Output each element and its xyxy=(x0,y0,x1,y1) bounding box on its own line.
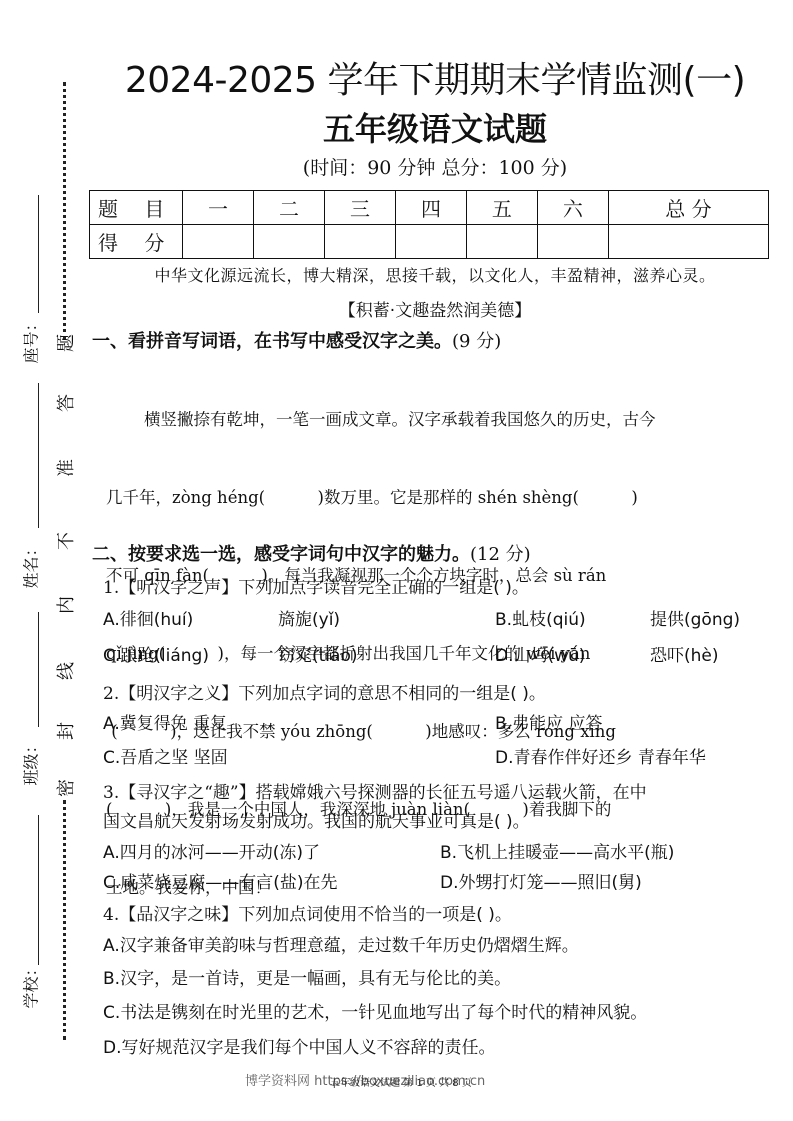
name-underline xyxy=(38,383,39,528)
q2-points: (12 分) xyxy=(470,544,531,565)
score-input-cell[interactable] xyxy=(324,225,395,259)
seal-char: 答 xyxy=(52,393,78,413)
q2-4-option-d[interactable]: D.写好规范汉字是我们每个中国人义不容辞的责任。 xyxy=(103,1033,496,1058)
q2-1-tag: 1.【听汉字之声】 xyxy=(103,578,238,598)
q2-3-option-c[interactable]: C.咸菜烧豆腐——有言(盐)在先 xyxy=(103,868,338,893)
q2-4-stem: 4.【品汉字之味】下列加点词使用不恰当的一项是( )。 xyxy=(103,900,512,925)
score-cell: 六 xyxy=(537,191,608,225)
q2-3-stem: 3.【寻汉字之“趣”】搭载嫦娥六号探测器的长征五号遥八运载火箭，在中 xyxy=(103,778,647,803)
option-label: C.踉跄(liáng) xyxy=(103,646,209,666)
exam-subtitle: 五年级语文试题 xyxy=(95,104,775,150)
score-input-cell[interactable] xyxy=(608,225,768,259)
q2-4-tag: 4.【品汉字之味】 xyxy=(103,905,238,925)
option-label: D.外甥打灯笼——照旧(舅) xyxy=(440,873,642,893)
q2-2-option-c[interactable]: C.吾盾之坚 坚固 xyxy=(103,743,228,768)
q2-1-option-d[interactable]: D.山坞(wū) xyxy=(495,641,585,666)
q2-1-option-c-pair: 窈窕(tiǎo) xyxy=(278,641,357,666)
score-cell: 四 xyxy=(395,191,466,225)
option-label: D.山坞(wū) xyxy=(495,646,585,666)
seat-underline xyxy=(38,195,39,313)
q2-heading: 二、按要求选一选，感受字词句中汉字的魅力。(12 分) xyxy=(92,540,531,566)
q2-3-option-b[interactable]: B.飞机上挂暖壶——高水平(瓶) xyxy=(440,838,674,863)
q2-1-option-b[interactable]: B.虬枝(qiú) xyxy=(495,605,586,630)
seal-char: 准 xyxy=(52,458,78,478)
q2-2-stem-text: 下列加点字词的意思不相同的一组是( )。 xyxy=(238,684,546,704)
q2-2-option-d[interactable]: D.青春作伴好还乡 青春年华 xyxy=(495,743,706,768)
name-label: 姓名： xyxy=(19,565,42,589)
option-label: B.弗能应 应答 xyxy=(495,714,602,734)
score-cell: 题 目 xyxy=(90,191,183,225)
q2-3-stem-cont: 国文昌航天发射场发射成功。我国的航天事业可真是( )。 xyxy=(103,807,530,832)
page-number: 五年级语文试题 第 1 页 共 8 页 xyxy=(330,1074,472,1089)
q1-line: 横竖撇捺有乾坤，一笔一画成文章。汉字承载着我国悠久的历史，古今 xyxy=(106,407,766,433)
q2-3-option-a[interactable]: A.四月的冰河——开动(冻)了 xyxy=(103,838,320,863)
option-label: B.飞机上挂暖壶——高水平(瓶) xyxy=(440,843,674,863)
seal-char: 封 xyxy=(52,721,78,741)
q2-2-option-b[interactable]: B.弗能应 应答 xyxy=(495,709,602,734)
option-label: C.咸菜烧豆腐——有言(盐)在先 xyxy=(103,873,338,893)
q2-heading-text: 二、按要求选一选，感受字词句中汉字的魅力。 xyxy=(92,544,470,565)
q2-3-stem-text: 搭载嫦娥六号探测器的长征五号遥八运载火箭，在中 xyxy=(256,783,647,803)
score-input-cell[interactable] xyxy=(183,225,254,259)
q2-1-stem-text: 下列加点字读音完全正确的一组是( )。 xyxy=(238,578,529,598)
score-cell: 五 xyxy=(466,191,537,225)
q2-4-option-a[interactable]: A.汉字兼备审美韵味与哲理意蕴，走过数千年历史仍熠熠生辉。 xyxy=(103,931,579,956)
seal-dotted-line-top xyxy=(63,82,66,340)
seal-char: 不 xyxy=(52,531,78,551)
class-label: 班级： xyxy=(19,762,42,786)
option-pair: 提供(gōng) xyxy=(650,610,740,630)
seal-dotted-line-bottom xyxy=(63,800,66,1040)
seal-char: 题 xyxy=(52,333,78,353)
option-label: C.书法是镌刻在时光里的艺术，一针见血地写出了每个时代的精神风貌。 xyxy=(103,1003,647,1023)
q2-3-tag: 3.【寻汉字之“趣”】 xyxy=(103,783,256,803)
q2-1-stem: 1.【听汉字之声】下列加点字读音完全正确的一组是( )。 xyxy=(103,573,529,598)
option-pair: 旖旎(yǐ) xyxy=(278,610,340,630)
score-table: 题 目 一 二 三 四 五 六 总 分 得 分 xyxy=(89,190,769,259)
q2-2-stem: 2.【明汉字之义】下列加点字词的意思不相同的一组是( )。 xyxy=(103,679,546,704)
school-underline xyxy=(38,815,39,965)
score-cell: 二 xyxy=(253,191,324,225)
score-table-score-row: 得 分 xyxy=(90,225,769,259)
option-pair: 窈窕(tiǎo) xyxy=(278,646,357,666)
motto: 中华文化源远流长，博大精深，思接千载，以文化人，丰盈精神，滋养心灵。 xyxy=(95,263,775,286)
score-input-cell[interactable] xyxy=(395,225,466,259)
q2-2-option-a[interactable]: A.冀复得兔 重复 xyxy=(103,709,227,734)
score-cell: 得 分 xyxy=(90,225,183,259)
option-label: A.冀复得兔 重复 xyxy=(103,714,227,734)
option-label: A.徘徊(huí) xyxy=(103,610,193,630)
q1-heading-text: 一、看拼音写词语，在书写中感受汉字之美。 xyxy=(92,331,452,352)
score-input-cell[interactable] xyxy=(537,225,608,259)
q1-points: (9 分) xyxy=(452,331,501,352)
q1-line: 几千年，zòng héng( )数万里。它是那样的 shén shèng( ) xyxy=(106,485,766,511)
score-cell: 一 xyxy=(183,191,254,225)
seat-number-label: 座号： xyxy=(19,340,42,364)
option-label: B.虬枝(qiú) xyxy=(495,610,586,630)
option-label: A.四月的冰河——开动(冻)了 xyxy=(103,843,320,863)
q1-heading: 一、看拼音写词语，在书写中感受汉字之美。(9 分) xyxy=(92,327,501,353)
option-pair: 恐吓(hè) xyxy=(650,646,719,666)
option-label: B.汉字，是一首诗，更是一幅画，具有无与伦比的美。 xyxy=(103,969,511,989)
seal-char: 密 xyxy=(52,778,78,798)
q2-1-option-a[interactable]: A.徘徊(huí) xyxy=(103,605,193,630)
seal-char: 内 xyxy=(52,595,78,615)
q2-1-option-d-pair: 恐吓(hè) xyxy=(650,641,719,666)
section-banner: 【积蓄·文趣盎然润美德】 xyxy=(95,296,775,321)
q2-4-option-b[interactable]: B.汉字，是一首诗，更是一幅画，具有无与伦比的美。 xyxy=(103,964,511,989)
score-table-header-row: 题 目 一 二 三 四 五 六 总 分 xyxy=(90,191,769,225)
option-label: D.写好规范汉字是我们每个中国人义不容辞的责任。 xyxy=(103,1038,496,1058)
score-input-cell[interactable] xyxy=(466,225,537,259)
option-label: A.汉字兼备审美韵味与哲理意蕴，走过数千年历史仍熠熠生辉。 xyxy=(103,936,579,956)
class-underline xyxy=(38,612,39,727)
exam-title: 2024-2025 学年下期期末学情监测(一) xyxy=(95,52,775,103)
school-label: 学校： xyxy=(19,985,42,1009)
option-label: C.吾盾之坚 坚固 xyxy=(103,748,228,768)
exam-meta: (时间：90 分钟 总分：100 分) xyxy=(95,153,775,180)
score-cell: 三 xyxy=(324,191,395,225)
q2-1-option-b-pair: 提供(gōng) xyxy=(650,605,740,630)
q2-4-stem-text: 下列加点词使用不恰当的一项是( )。 xyxy=(238,905,512,925)
q2-1-option-c[interactable]: C.踉跄(liáng) xyxy=(103,641,209,666)
q2-4-option-c[interactable]: C.书法是镌刻在时光里的艺术，一针见血地写出了每个时代的精神风貌。 xyxy=(103,998,647,1023)
q2-2-tag: 2.【明汉字之义】 xyxy=(103,684,238,704)
seal-char: 线 xyxy=(52,661,78,681)
q2-3-option-d[interactable]: D.外甥打灯笼——照旧(舅) xyxy=(440,868,642,893)
option-label: D.青春作伴好还乡 青春年华 xyxy=(495,748,706,768)
score-input-cell[interactable] xyxy=(253,225,324,259)
score-cell: 总 分 xyxy=(608,191,768,225)
q2-1-option-a-pair: 旖旎(yǐ) xyxy=(278,605,340,630)
